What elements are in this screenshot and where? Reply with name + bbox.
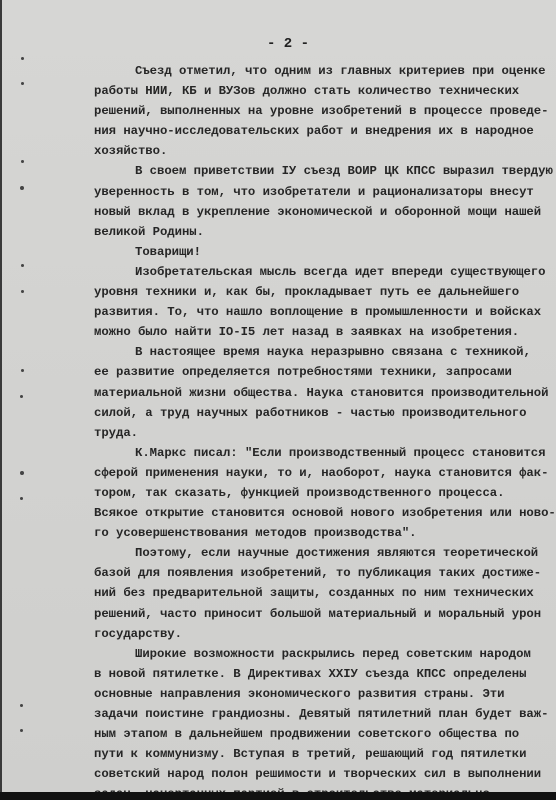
document-page: - 2 - Съезд отметил, что одним из главны… [2,0,556,792]
text-line: пути к коммунизму. Вступая в третий, реш… [94,744,556,764]
paragraph-first-line: К.Маркс писал: "Если производственный пр… [94,443,556,463]
text-line: задачи поистине грандиозны. Девятый пяти… [94,704,556,724]
body-text: Съезд отметил, что одним из главных крит… [94,61,556,792]
text-line: хозяйство. [94,141,556,161]
text-line: задач, начертанных партией в строительст… [94,784,556,792]
text-line: сферой применения науки, то и, наоборот,… [94,463,556,483]
punch-hole [20,704,23,707]
text-line: уверенность в том, что изобретатели и ра… [94,182,556,202]
text-line: советский народ полон решимости и творче… [94,764,556,784]
text-line: материальной жизни общества. Наука стано… [94,383,556,403]
punch-hole [21,369,24,372]
paragraph-first-line: Изобретательская мысль всегда идет впере… [94,262,556,282]
punch-hole [21,160,24,163]
paragraph-first-line: Широкие возможности раскрылись перед сов… [94,644,556,664]
scan-bottom-edge [0,792,556,800]
text-line: работы НИИ, КБ и ВУЗов должно стать коли… [94,81,556,101]
text-line: государству. [94,624,556,644]
text-line: тором, так сказать, функцией производств… [94,483,556,503]
punch-hole [20,395,23,398]
text-line: ее развитие определяется потребностями т… [94,362,556,382]
paragraph-first-line: Поэтому, если научные достижения являютс… [94,543,556,563]
text-line: ным этапом в дальнейшем продвижении сове… [94,724,556,744]
text-line: уровня техники и, как бы, прокладывает п… [94,282,556,302]
paragraph-first-line: В своем приветствии IУ съезд ВОИР ЦК КПС… [94,161,556,181]
text-line: Всякое открытие становится основой новог… [94,503,556,523]
punch-hole [20,497,23,500]
text-line: решений, часто приносит большой материал… [94,604,556,624]
text-line: новый вклад в укрепление экономической и… [94,202,556,222]
page-number: - 2 - [2,36,556,52]
text-line: развития. То, что нашло воплощение в про… [94,302,556,322]
punch-hole [21,290,24,293]
paragraph-first-line: Товарищи! [94,242,556,262]
text-line: в новой пятилетке. В Директивах XXIУ съе… [94,664,556,684]
text-line: основные направления экономического разв… [94,684,556,704]
punch-hole [21,57,24,60]
paragraph-first-line: В настоящее время наука неразрывно связа… [94,342,556,362]
text-line: великой Родины. [94,222,556,242]
paragraph-first-line: Съезд отметил, что одним из главных крит… [94,61,556,81]
punch-hole [21,264,24,267]
text-line: можно было найти IO-I5 лет назад в заявк… [94,322,556,342]
punch-hole [20,729,23,732]
text-line: го усовершенствования методов производст… [94,523,556,543]
punch-hole [20,471,24,475]
text-line: базой для появления изобретений, то публ… [94,563,556,583]
text-line: труда. [94,423,556,443]
punch-hole [20,186,24,190]
text-line: ния научно-исследовательских работ и вне… [94,121,556,141]
text-line: ний без предварительной защиты, созданны… [94,583,556,603]
punch-hole [21,82,24,85]
text-line: силой, а труд научных работников - часть… [94,403,556,423]
text-line: решений, выполненных на уровне изобретен… [94,101,556,121]
